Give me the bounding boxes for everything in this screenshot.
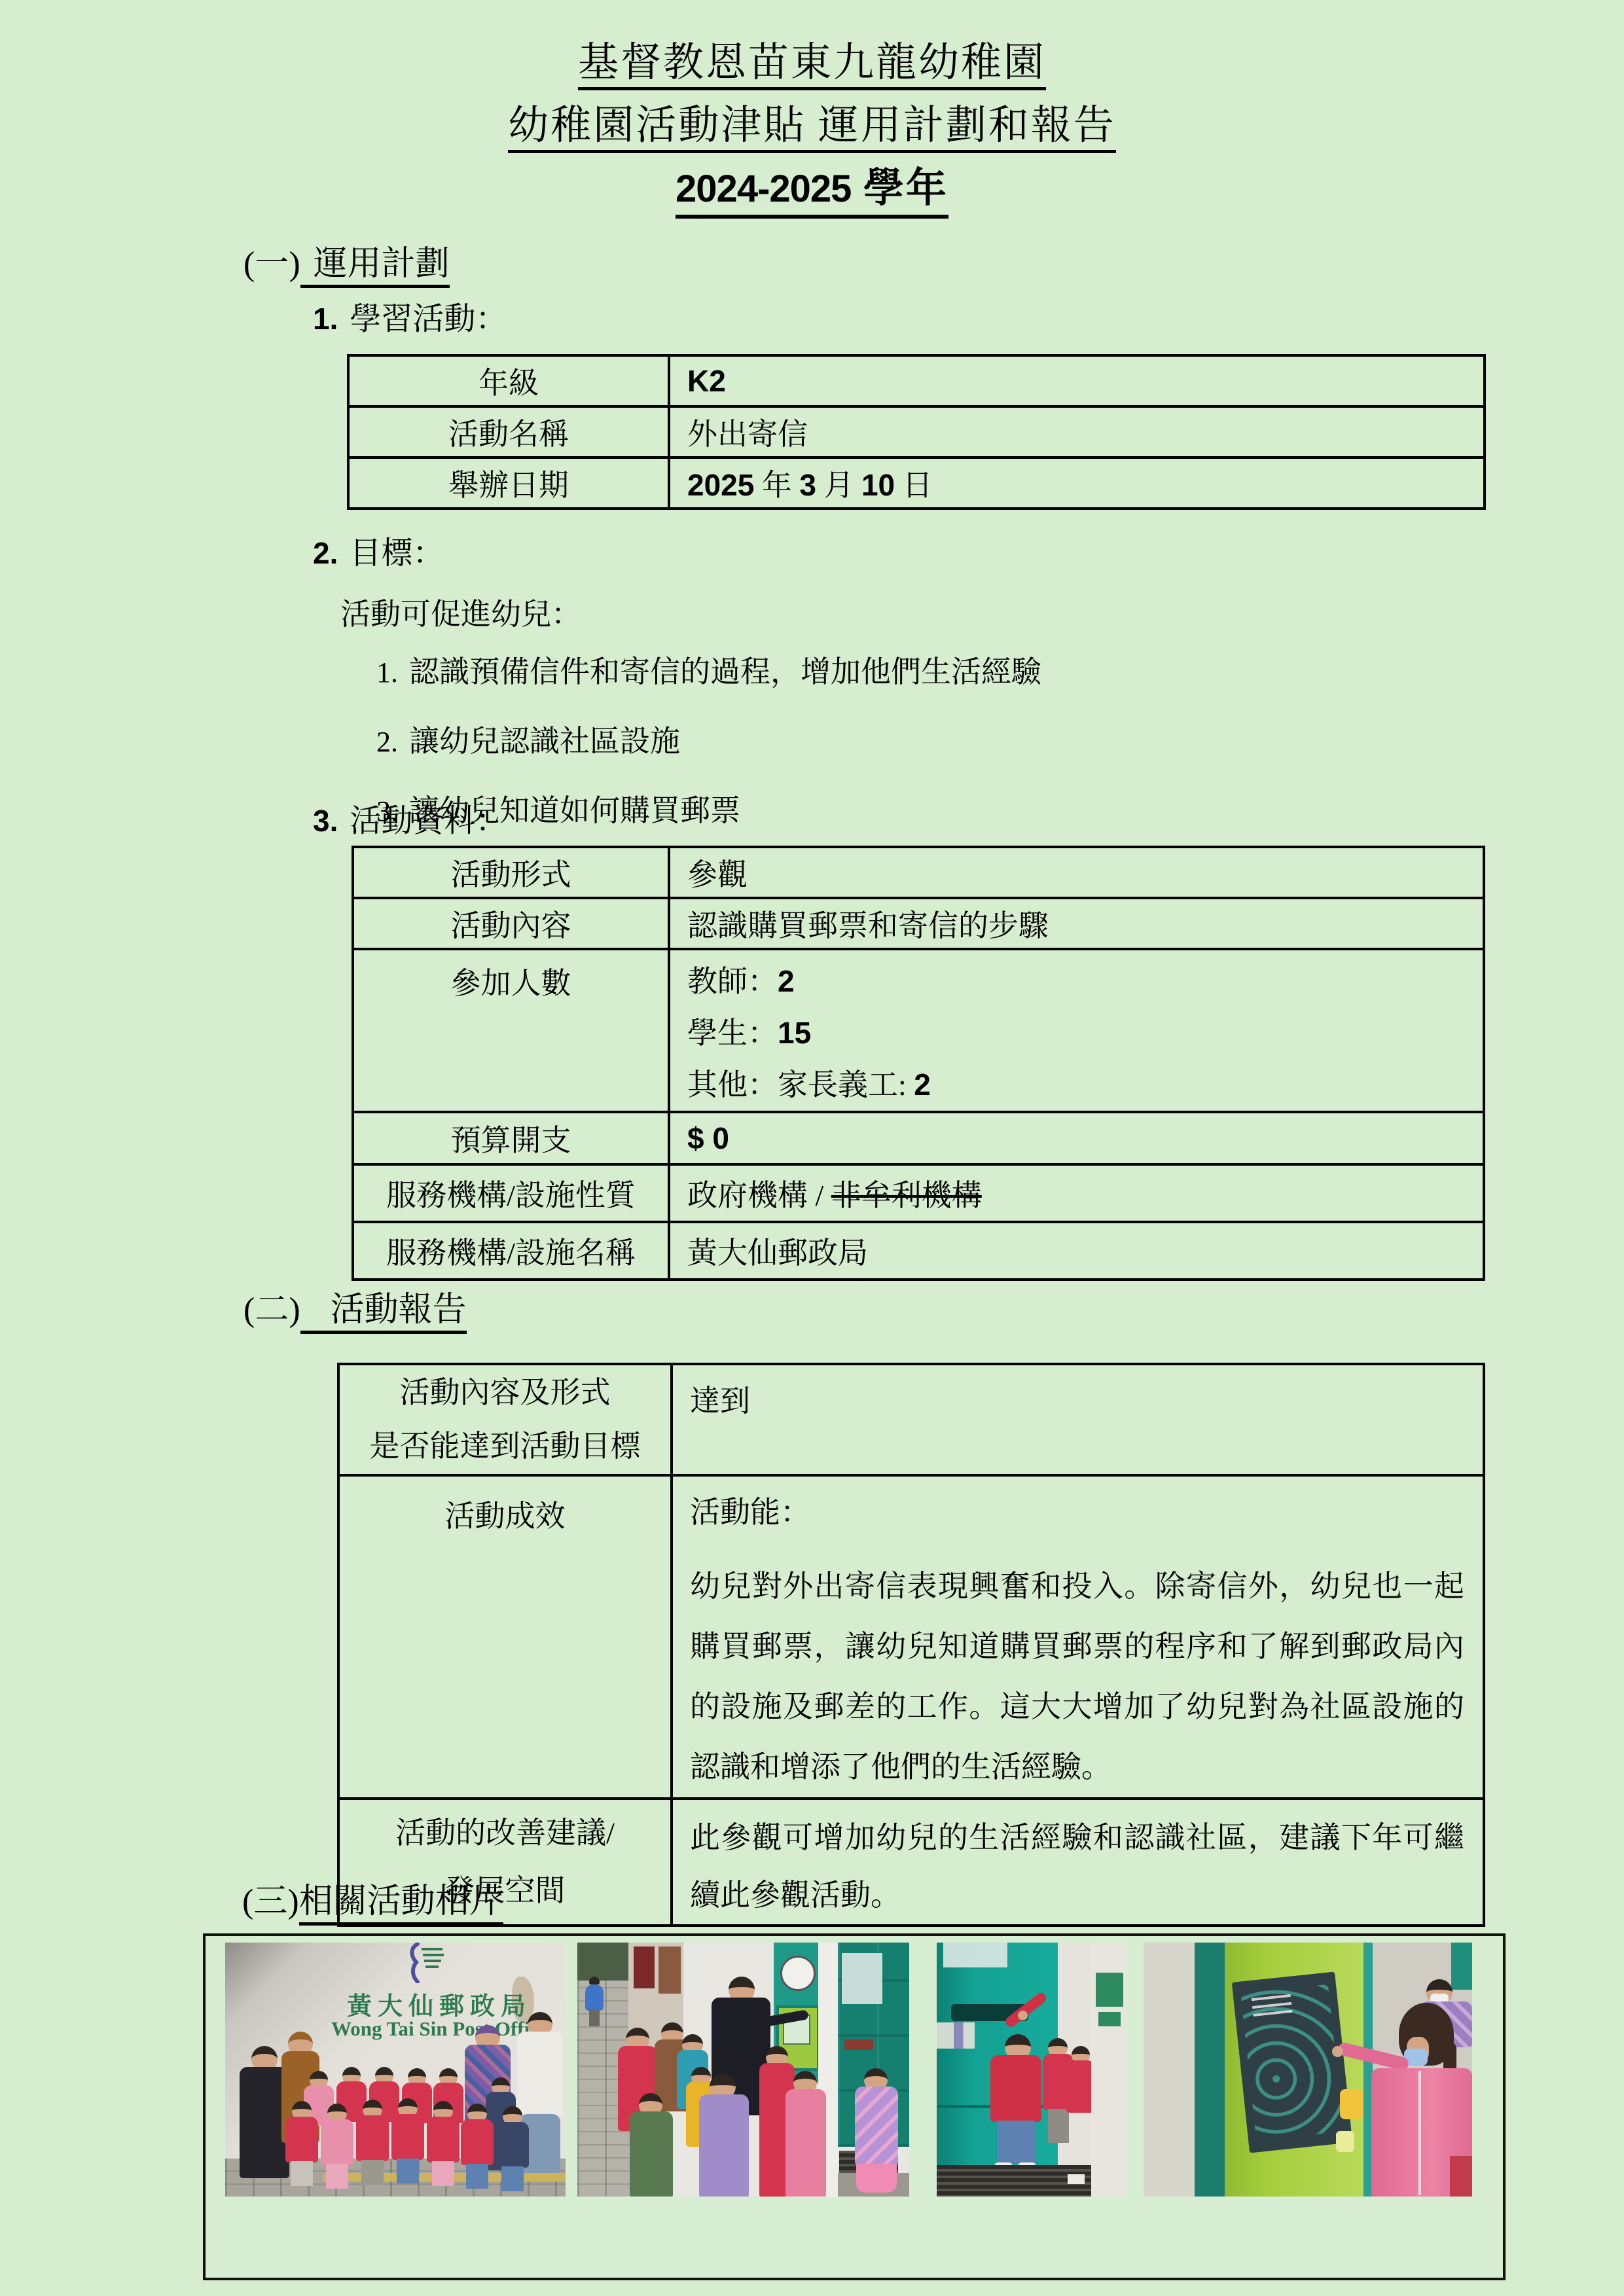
org-name-label: 服務機構/設施名稱	[353, 1222, 669, 1280]
legs	[501, 2166, 524, 2191]
trees	[577, 1943, 630, 1981]
table-row: 服務機構/設施性質 政府機構 / 非牟利機構	[353, 1164, 1484, 1222]
legs	[291, 2161, 313, 2186]
table-row: 舉辦日期 2025 年 3 月 10 日	[348, 457, 1485, 509]
effect-label: 活動成效	[338, 1475, 672, 1799]
post-office-sign-chinese: 黃大仙郵政局	[347, 1986, 532, 2022]
poster	[659, 1946, 681, 1994]
goal-achieved-value: 達到	[672, 1364, 1484, 1475]
hand	[1018, 2011, 1028, 2020]
table-row: 參加人數 教師：2 學生：15 其他：家長義工: 2	[353, 949, 1484, 1112]
content-value: 認識購買郵票和寄信的步驟	[669, 898, 1484, 949]
table-row: 活動名稱 外出寄信	[348, 406, 1485, 457]
activity-name-label: 活動名稱	[348, 406, 669, 457]
school-name-title: 基督教恩苗東九龍幼稚園	[0, 31, 1624, 94]
legs	[1048, 2109, 1069, 2143]
budget-label: 預算開支	[353, 1112, 669, 1164]
section-1-heading: (一)運用計劃	[244, 236, 450, 285]
legs	[361, 2160, 384, 2185]
report-table: 活動內容及形式 是否能達到活動目標 達到 活動成效 活動能： 幼兒對外出寄信表現…	[337, 1363, 1485, 1927]
section-2-heading: (二)活動報告	[244, 1282, 467, 1331]
postbox-notice	[842, 1953, 882, 2004]
section-3-heading: (三)相關活動相片	[242, 1873, 503, 1922]
grade-label: 年級	[348, 355, 669, 406]
activity-info-table: 活動形式 參觀 活動內容 認識購買郵票和寄信的步驟 參加人數 教師：2 學生：1…	[352, 846, 1485, 1281]
yellow-slot	[1336, 2131, 1354, 2152]
table-row: 服務機構/設施名稱 黃大仙郵政局	[353, 1222, 1484, 1280]
participants-label: 參加人數	[353, 949, 669, 1112]
legs	[589, 2009, 600, 2026]
item-3-activity-info: 3.活動資料：	[313, 795, 507, 840]
improvement-value: 此參觀可增加幼兒的生活經驗和認識社區，建議下年可繼續此參觀活動。	[672, 1799, 1484, 1926]
school-year-title: 2024-2025 學年	[0, 157, 1624, 221]
form-label: 活動形式	[353, 847, 669, 898]
notice-glass	[943, 1943, 1007, 1967]
activity-date-label: 舉辦日期	[348, 457, 669, 509]
table-row: 預算開支 $ 0	[353, 1112, 1484, 1164]
form-value: 參觀	[669, 847, 1484, 898]
jeans	[997, 2121, 1035, 2164]
table-row: 活動的改善建議/ 發展空間 此參觀可增加幼兒的生活經驗和認識社區，建議下年可繼續…	[338, 1799, 1484, 1926]
content-label: 活動內容	[353, 898, 669, 949]
activity-table: 年級 K2 活動名稱 外出寄信 舉辦日期 2025 年 3 月 10 日	[347, 354, 1486, 510]
effect-value: 活動能： 幼兒對外出寄信表現興奮和投入。除寄信外，幼兒也一起購買郵票，讓幼兒知道…	[672, 1475, 1484, 1799]
item-1-learning-activity: 1.學習活動：	[313, 293, 507, 338]
table-row: 活動內容及形式 是否能達到活動目標 達到	[338, 1364, 1484, 1475]
participants-value: 教師：2 學生：15 其他：家長義工: 2	[669, 949, 1484, 1112]
legs	[397, 2159, 419, 2183]
document-header: 基督教恩苗東九龍幼稚園 幼稚園活動津貼 運用計劃和報告 2024-2025 學年	[0, 31, 1624, 221]
activity-name-value: 外出寄信	[669, 406, 1485, 457]
stickers	[937, 2022, 975, 2049]
yellow-dispenser	[1340, 2089, 1363, 2119]
tulle-skirt	[856, 2164, 897, 2193]
table-row: 活動形式 參觀	[353, 847, 1484, 898]
table-row: 年級 K2	[348, 355, 1485, 406]
red-clothing-corner	[1450, 2156, 1472, 2197]
green-sign	[1098, 2012, 1121, 2026]
photo-teacher-and-kids	[577, 1943, 909, 2197]
org-type-value: 政府機構 / 非牟利機構	[669, 1164, 1484, 1222]
teal-door-corner	[1451, 1943, 1472, 1990]
goal-achieved-label: 活動內容及形式 是否能達到活動目標	[338, 1364, 672, 1475]
postbox-label	[844, 2039, 873, 2050]
goal-item-1: 1.認識預備信件和寄信的過程，增加他們生活經驗	[376, 648, 1041, 691]
post-office-sign-english: Wong Tai Sin Post Office	[331, 2017, 548, 2041]
photo-group-at-post-office: 黃大仙郵政局 Wong Tai Sin Post Office	[225, 1943, 566, 2197]
photo-child-posting-letter	[937, 1943, 1127, 2197]
goals-intro: 活動可促進幼兒：	[340, 590, 581, 634]
legs	[326, 2164, 348, 2189]
hand	[1332, 2046, 1343, 2057]
org-name-value: 黃大仙郵政局	[669, 1222, 1484, 1280]
document-title: 幼稚園活動津貼 運用計劃和報告	[0, 94, 1624, 157]
photo-stamp-vending-machine	[1144, 1943, 1472, 2197]
photo-strip-box: 黃大仙郵政局 Wong Tai Sin Post Office	[203, 1933, 1506, 2280]
table-row: 活動內容 認識購買郵票和寄信的步驟	[353, 898, 1484, 949]
table-row: 活動成效 活動能： 幼兒對外出寄信表現興奮和投入。除寄信外，幼兒也一起購買郵票，…	[338, 1475, 1484, 1799]
clock-face	[780, 1956, 816, 1991]
green-sign	[1096, 1973, 1123, 2007]
zipper	[1418, 2071, 1421, 2195]
struck-option: 非牟利機構	[831, 1179, 982, 1212]
hongkong-post-logo-icon	[393, 1943, 448, 1983]
budget-value: $ 0	[669, 1112, 1484, 1164]
legs	[432, 2161, 454, 2186]
item-2-goals: 2.目標：	[313, 528, 444, 573]
screen-text-lines	[1252, 1993, 1293, 2017]
goal-item-2: 2.讓幼兒認識社區設施	[376, 717, 680, 761]
poster	[634, 1946, 655, 1988]
paper-on-floor	[1068, 2174, 1085, 2184]
wall	[1144, 1943, 1196, 2197]
activity-date-value: 2025 年 3 月 10 日	[669, 457, 1485, 509]
machine-side	[1195, 1943, 1226, 2197]
org-type-label: 服務機構/設施性質	[353, 1164, 669, 1222]
grade-value: K2	[669, 355, 1485, 406]
legs	[466, 2164, 488, 2189]
